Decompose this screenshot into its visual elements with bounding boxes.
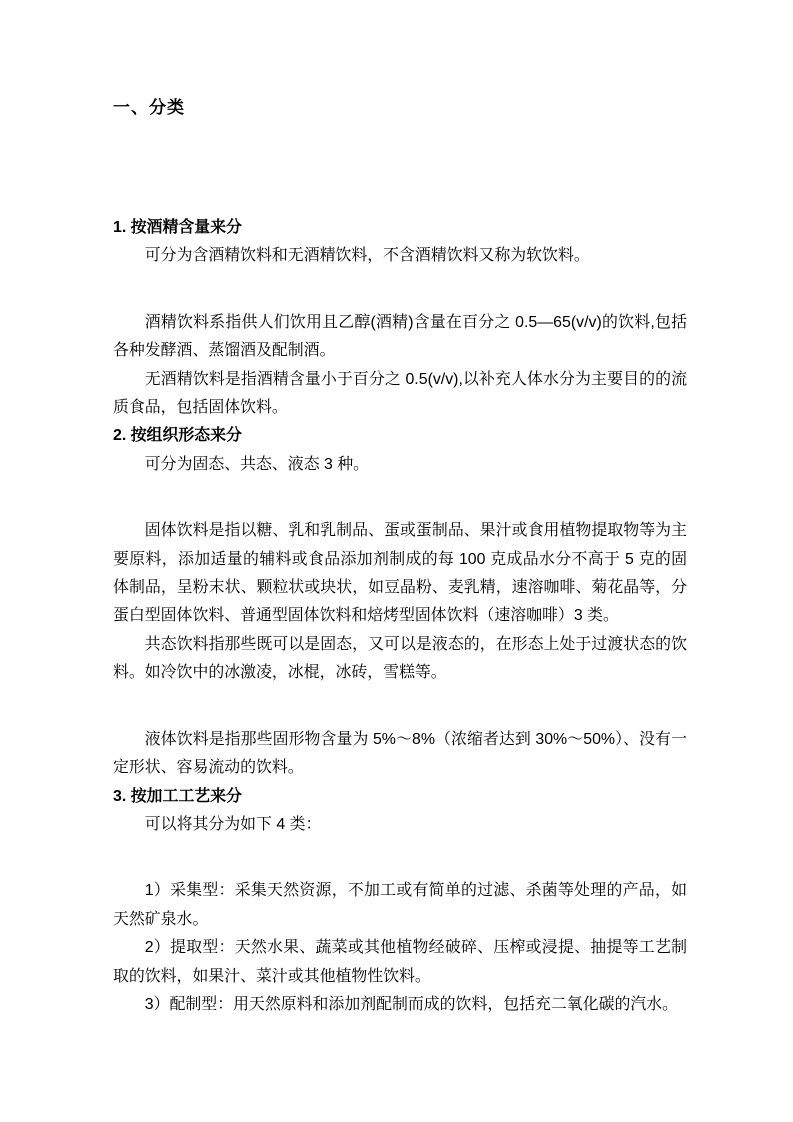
page-title: 一、分类	[113, 94, 687, 122]
paragraph-type-collection: 1）采集型：采集天然资源，不加工或有简单的过滤、杀菌等处理的产品，如天然矿泉水。	[113, 877, 687, 934]
section-heading-physical-form: 2. 按组织形态来分	[113, 422, 687, 450]
paragraph-processing-intro: 可以将其分为如下 4 类：	[113, 811, 687, 839]
blank-line	[113, 479, 687, 517]
paragraph-type-extraction: 2）提取型：天然水果、蔬菜或其他植物经破碎、压榨或浸提、抽提等工艺制取的饮料，如…	[113, 934, 687, 991]
paragraph-alcoholic-definition: 酒精饮料系指供人们饮用且乙醇(酒精)含量在百分之 0.5—65(v/v)的饮料,…	[113, 309, 687, 366]
paragraph-liquid-beverage: 液体饮料是指那些固形物含量为 5%～8%（浓缩者达到 30%～50%）、没有一定…	[113, 726, 687, 783]
paragraph-solid-beverage: 固体饮料是指以糖、乳和乳制品、蛋或蛋制品、果汁或食用植物提取物等为主要原料，添加…	[113, 517, 687, 631]
paragraph-form-intro: 可分为固态、共态、液态 3 种。	[113, 451, 687, 479]
paragraph-co-state-beverage: 共态饮料指那些既可以是固态，又可以是液态的，在形态上处于过渡状态的饮料。如冷饮中…	[113, 631, 687, 688]
blank-line	[113, 271, 687, 309]
blank-line	[113, 688, 687, 726]
paragraph-type-blended: 3）配制型：用天然原料和添加剂配制而成的饮料，包括充二氧化碳的汽水。	[113, 991, 687, 1019]
paragraph-alcohol-intro: 可分为含酒精饮料和无酒精饮料，不含酒精饮料又称为软饮料。	[113, 242, 687, 270]
section-heading-alcohol-content: 1. 按酒精含量来分	[113, 214, 687, 242]
document-page: 一、分类 1. 按酒精含量来分 可分为含酒精饮料和无酒精饮料，不含酒精饮料又称为…	[0, 0, 793, 1122]
blank-line	[113, 839, 687, 877]
paragraph-nonalcoholic-definition: 无酒精饮料是指酒精含量小于百分之 0.5(v/v),以补充人体水分为主要目的的流…	[113, 366, 687, 423]
section-heading-processing: 3. 按加工工艺来分	[113, 783, 687, 811]
